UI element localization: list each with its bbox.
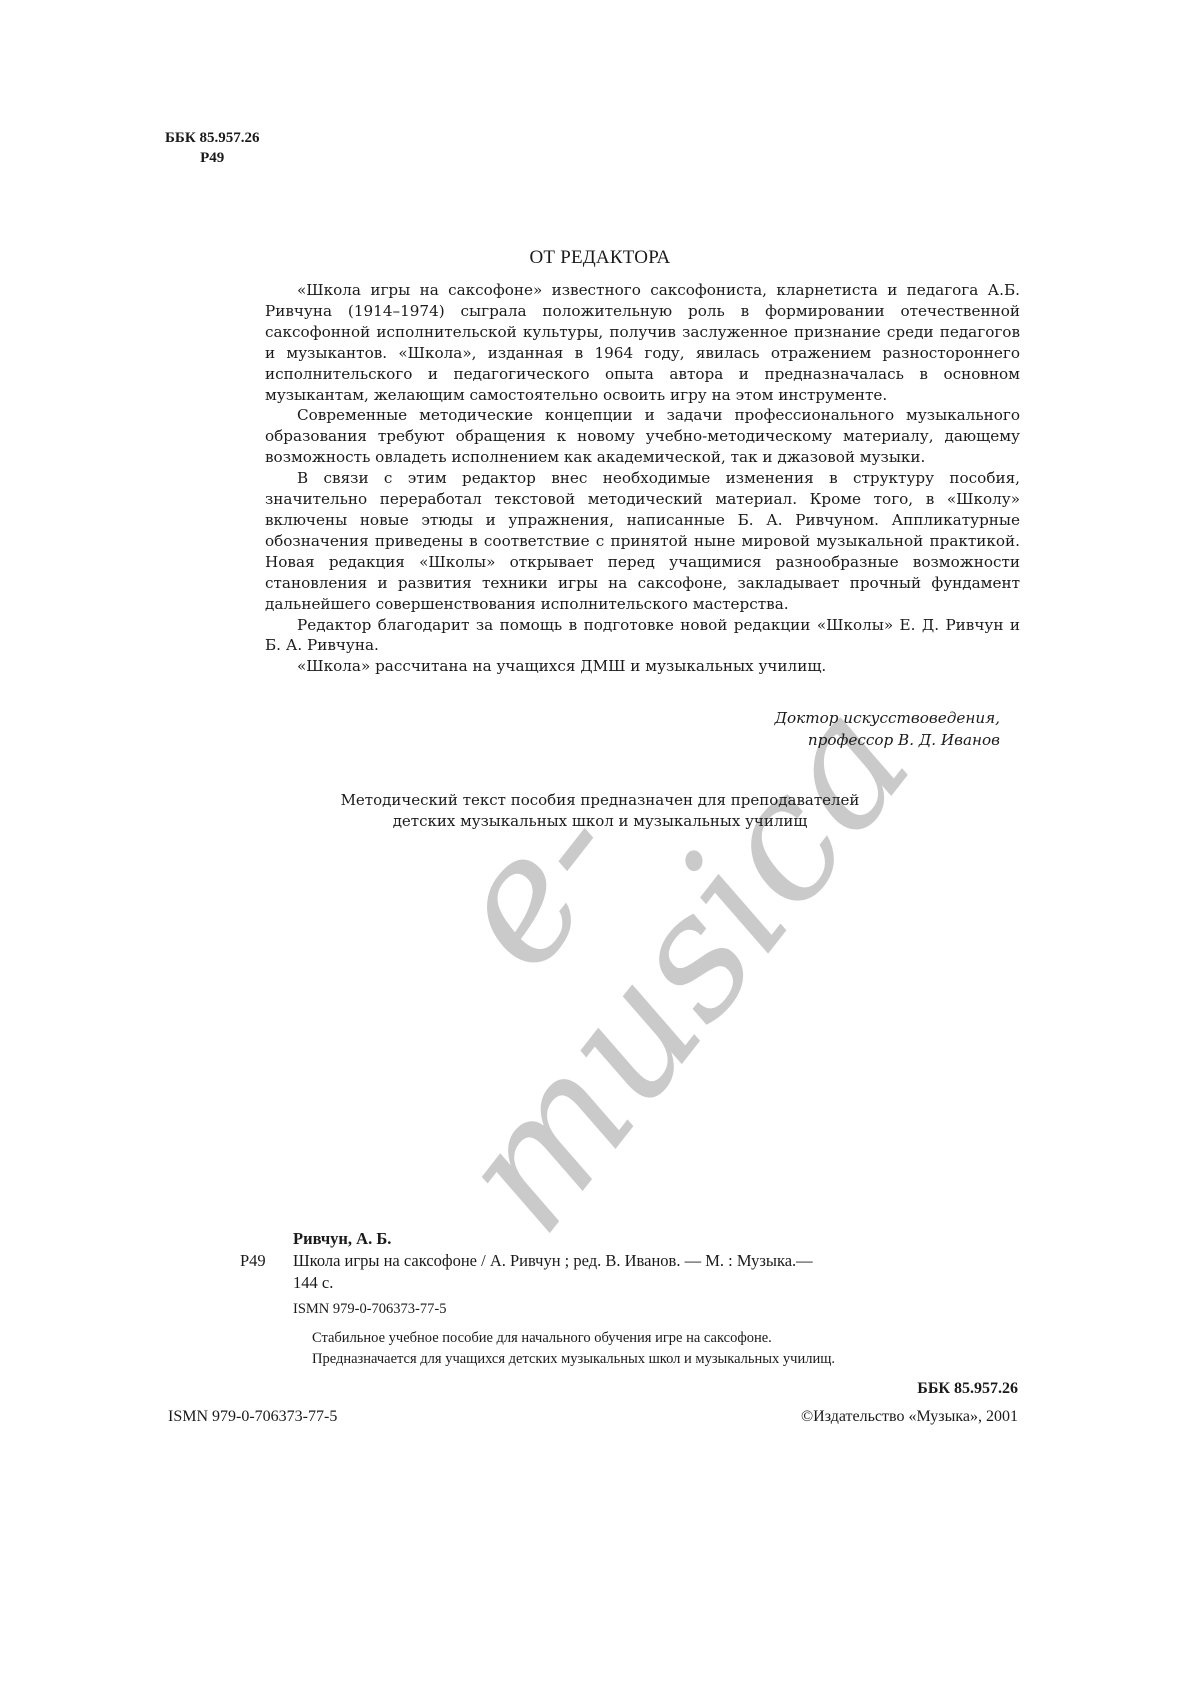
bbk-code: ББК 85.957.26 (165, 130, 259, 146)
catalog-annotation: Стабильное учебное пособие для начальног… (312, 1328, 1040, 1370)
paragraph: «Школа» рассчитана на учащихся ДМШ и муз… (265, 656, 1020, 677)
editor-signature: Доктор искусствоведения, профессор В. Д.… (775, 707, 1000, 751)
author-code: Р49 (165, 148, 259, 168)
footer-copyright: ©Издательство «Музыка», 2001 (801, 1408, 1018, 1426)
catalog-description: Школа игры на саксофоне / А. Ривчун ; ре… (293, 1250, 813, 1272)
note-line: Методический текст пособия предназначен … (0, 790, 1200, 811)
foreword-body: «Школа игры на саксофоне» известного сак… (265, 280, 1020, 677)
footer-ismn: ISMN 979-0-706373-77-5 (168, 1408, 337, 1426)
catalog-ismn: ISMN 979-0-706373-77-5 (293, 1298, 1040, 1320)
page-title: ОТ РЕДАКТОРА (0, 247, 1200, 269)
paragraph: Редактор благодарит за помощь в подготов… (265, 615, 1020, 657)
paragraph: В связи с этим редактор внес необходимые… (265, 468, 1020, 614)
signature-title: Доктор искусствоведения, (775, 707, 1000, 729)
catalog-entry: Ривчун, А. Б. Р49 Школа игры на саксофон… (240, 1228, 1040, 1370)
annotation-line: Предназначается для учащихся детских муз… (312, 1349, 1040, 1370)
paragraph: Современные методические концепции и зад… (265, 405, 1020, 468)
footer-bbk: ББК 85.957.26 (917, 1380, 1018, 1398)
signature-name: профессор В. Д. Иванов (775, 729, 1000, 751)
note-line: детских музыкальных школ и музыкальных у… (0, 811, 1200, 832)
header-classification: ББК 85.957.26 Р49 (165, 128, 259, 168)
methodical-note: Методический текст пособия предназначен … (0, 790, 1200, 832)
catalog-code: Р49 (240, 1250, 293, 1272)
paragraph: «Школа игры на саксофоне» известного сак… (265, 280, 1020, 405)
annotation-line: Стабильное учебное пособие для начальног… (312, 1328, 1040, 1349)
catalog-author: Ривчун, А. Б. (293, 1228, 1040, 1250)
catalog-pages: 144 с. (293, 1272, 1040, 1294)
